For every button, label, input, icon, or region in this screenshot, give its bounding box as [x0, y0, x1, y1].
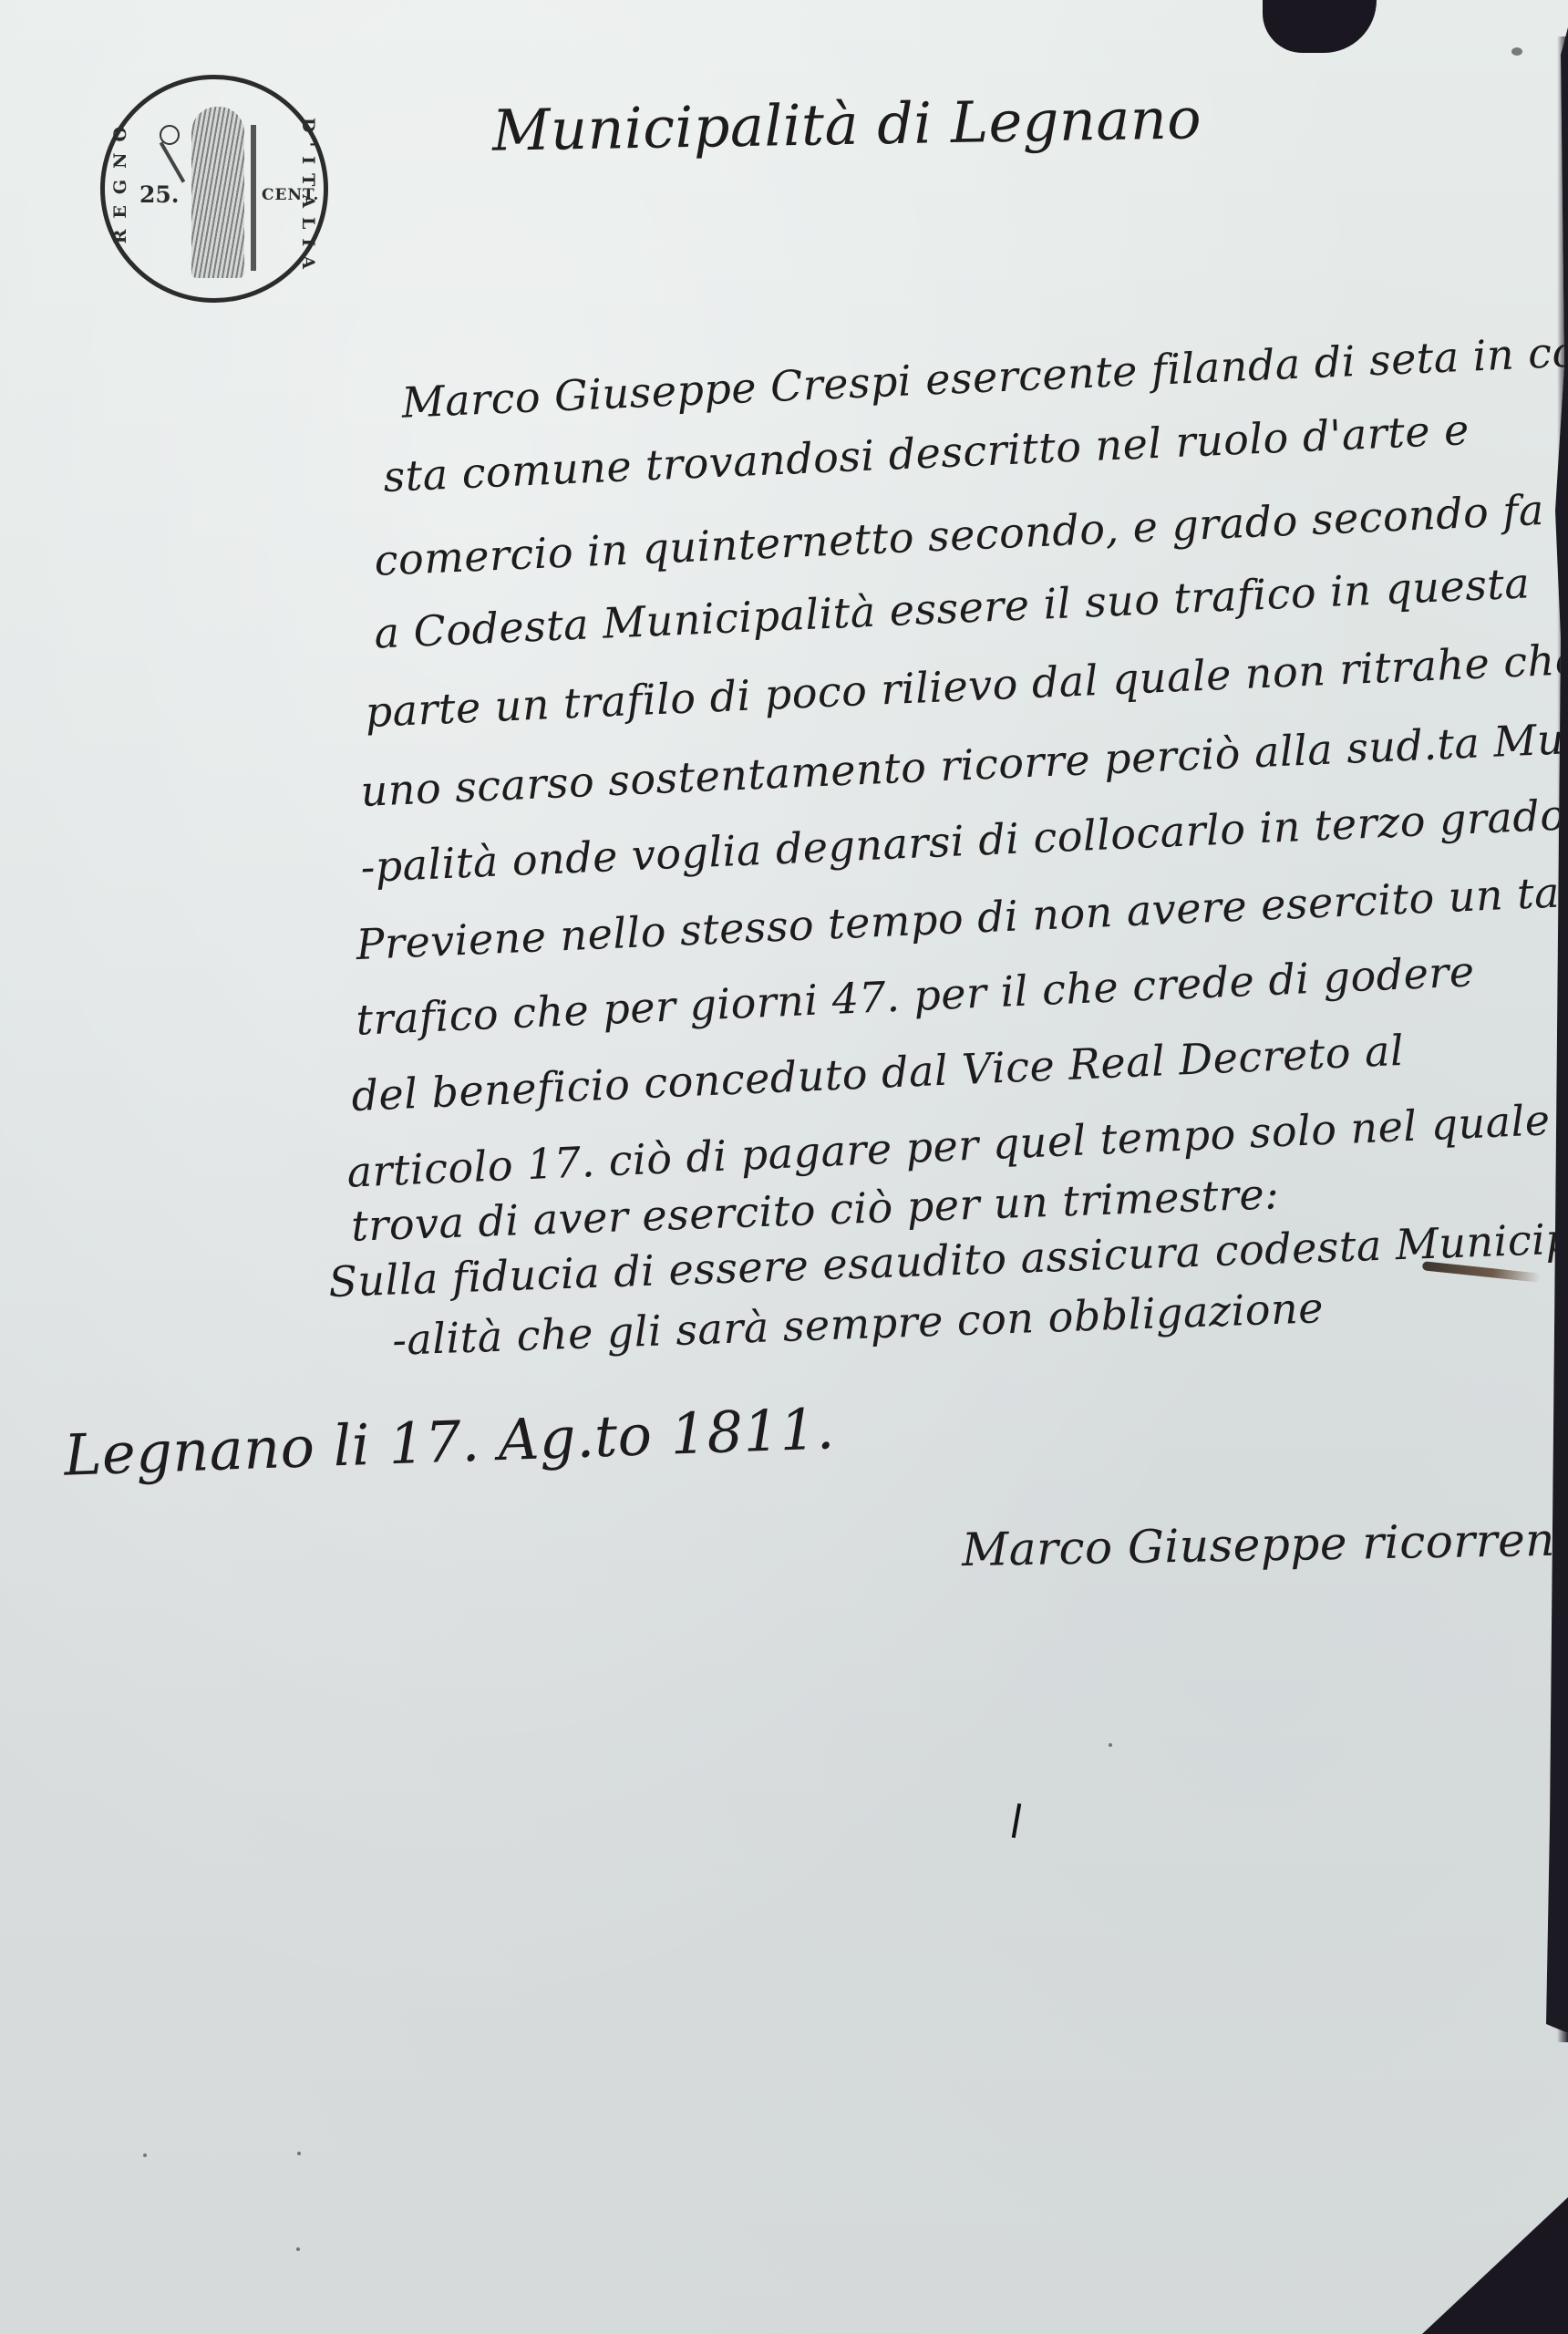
stamp-unit: CENT. [262, 186, 319, 204]
document-heading: Municipalità di Legnano [491, 85, 1202, 164]
arm-icon [160, 141, 185, 182]
allegorical-figure-icon [191, 107, 244, 278]
ink-speck [1511, 47, 1522, 56]
signature: Marco Giuseppe ricorrente [962, 1513, 1568, 1576]
revenue-stamp: REGNO D'ITALIA 25. CENT. [100, 75, 328, 303]
ink-speck [296, 2247, 300, 2251]
document-page: REGNO D'ITALIA 25. CENT. Municipalità di… [0, 0, 1568, 2334]
ink-speck [1109, 1743, 1112, 1747]
body-line: del beneficio conceduto dal Vice Real De… [350, 1026, 1405, 1121]
ink-speck [297, 2152, 301, 2155]
date-line: Legnano li 17. Ag.to 1811. [63, 1395, 836, 1488]
stamp-value: 25. [139, 181, 180, 208]
stamp-legend-left: REGNO [110, 116, 130, 243]
margin-mark [1012, 1803, 1022, 1838]
staff-icon [251, 125, 256, 271]
ink-speck [143, 2153, 147, 2157]
folded-corner [1422, 2197, 1568, 2334]
